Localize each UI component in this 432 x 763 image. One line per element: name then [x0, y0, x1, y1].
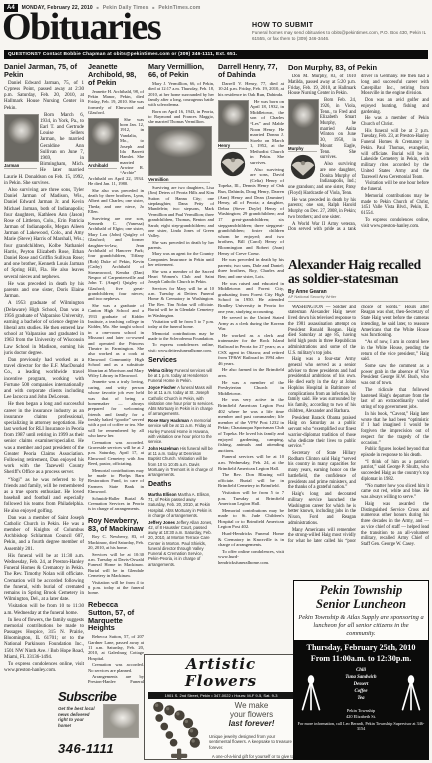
obit-title: Don Murphy, 83, of Pekin — [288, 63, 429, 72]
notice-item: Joyce Fischer A funeral Mass will be at … — [148, 385, 214, 417]
obit-body: Mary J. Vermillion, 66, of Pekin, died a… — [148, 81, 214, 353]
paragraph: Mary J. Vermillion, 66, of Pekin, died a… — [148, 81, 214, 108]
headline-line: your flowers — [230, 710, 273, 719]
paragraph: Schmidt-Haller Burial & Cremation Servic… — [88, 496, 144, 512]
how-to-submit-title: HOW TO SUBMIT — [252, 22, 426, 29]
paragraph: Haig was awarded the Distinguished Servi… — [361, 502, 429, 548]
paragraph: A 1953 graduate of Wilmington (Delaware)… — [4, 301, 84, 357]
paragraph: He was raised and educated in Middletown… — [218, 281, 284, 315]
paragraph: Don was an avid golfer and enjoyed hunti… — [361, 98, 429, 115]
paragraph: Funeral services will be at 10 a.m. Wedn… — [218, 454, 284, 471]
notice-name: Velma Gilroy — [148, 368, 175, 373]
paragraph: To express condolences online, visit www… — [361, 218, 429, 229]
photo-caption: Vermillion — [148, 176, 210, 183]
artistic-flowers-copy: We make your flowers last forever! Uniqu… — [209, 701, 294, 761]
notice-text: Jeffery Allan Jones, 42, of 8 Haussler C… — [148, 520, 212, 567]
article-headline: Alexander Haig recalled as soldier-state… — [288, 258, 429, 286]
luncheon-title-line: Senior Luncheon — [316, 597, 406, 611]
paragraph: Public figures looked beyond that episod… — [361, 447, 429, 458]
obit-title: Daniel Jarman, 75, of Pekin — [4, 63, 84, 79]
notice-item: John Hazelman His funeral will be at 11 … — [148, 446, 214, 478]
article-byline: By Anne Gearan AP National Security Writ… — [288, 289, 429, 302]
website-name: PekinTimes.com — [158, 5, 200, 11]
artistic-flowers-note-right: A one-of-a-kind gift for yourself or to … — [209, 754, 294, 760]
paragraph: He served in the United Stated Army as a… — [218, 315, 284, 332]
luncheon-subtitle: Pekin Township & Atlas Supply are sponso… — [298, 614, 424, 639]
paragraph: Services will be at 10:30 a.m. Tuesday a… — [88, 552, 144, 579]
obit-photo: Archibald — [88, 118, 117, 170]
paragraph: Services for Mary will be at 10 a.m. Tue… — [148, 286, 214, 318]
paragraph: He was preceded in death by his parents … — [4, 282, 84, 301]
artistic-flowers-note-left: Unique jewelry designed from your sentim… — [209, 734, 294, 750]
paragraph: “No matter how you sliced him it came ou… — [361, 484, 429, 501]
obituary-column-2: Jeanette Archibold, 98, of Pekin Jeanett… — [88, 63, 144, 683]
paragraph: Haig was a four-star Army general who se… — [288, 357, 356, 414]
luncheon-date: Thursday, February 25th, 2010 — [296, 643, 426, 653]
questions-bar: QUESTIONS? Contact Bobbie Chapman at obi… — [4, 50, 428, 59]
paragraph: Visitation will be one hour before the f… — [361, 181, 429, 192]
paragraph: Visitation will be from 5 to 7 p.m. toda… — [148, 319, 214, 330]
paragraph: He was preceded in death by his parents;… — [218, 257, 284, 279]
paragraph: Dan was a member of Saint Joseph Catholi… — [4, 516, 84, 553]
notice-name: Rose Mary Hackman — [148, 418, 190, 423]
artistic-flowers-ad: Artistic Flowers 1901 S. 2nd Street, Pek… — [144, 654, 298, 760]
paragraph: She was preceded in death by her parents… — [148, 240, 214, 251]
headline-line: We make — [235, 701, 269, 710]
paragraph: Visitation will be from 4 to 8 p.m. toda… — [88, 580, 144, 596]
paragraph: Secretary of State Hillary Rodham Clinto… — [288, 451, 356, 491]
obit-photo: Henry — [218, 100, 247, 178]
article-body: WASHINGTON — Soldier and statesman Alexa… — [288, 305, 429, 577]
subscribe-ad: Subscribe Get the best local news delive… — [57, 687, 140, 760]
artistic-flowers-body: We make your flowers last forever! Uniqu… — [148, 701, 294, 761]
photo-caption: Henry — [218, 142, 247, 149]
paragraph: Hurd-Hendricks Funeral Home & Crematory … — [218, 531, 284, 548]
obit-body: Jeanette H. Archibald, 98, of Pekin Mano… — [88, 89, 144, 512]
obit-body: Don M. Murphy, 83, of 1610 Matilda, pass… — [288, 74, 429, 252]
obit-title: Rebecca Sutton, 57, of Marquette Heights — [88, 601, 144, 633]
silverware-icon — [298, 672, 324, 716]
obit-photo: Vermillion — [148, 126, 210, 183]
paragraph: Memorial contributions may be made to Pe… — [361, 194, 429, 217]
paragraph: He was a member of Pekin Church of Chris… — [361, 116, 429, 127]
paragraph: Visitation will be from 10 to 11:30 a.m.… — [4, 604, 84, 616]
senior-luncheon-ad: Pekin Township Senior Luncheon Pekin Tow… — [293, 580, 429, 760]
paragraph: He was preceded in death by his parents;… — [288, 198, 356, 221]
artistic-flowers-headline: We make your flowers last forever! — [209, 701, 294, 729]
services-list: Velma Gilroy Funeral services will be at… — [148, 368, 214, 478]
paragraph: Jeanette was a truly loving, caring, and… — [88, 379, 144, 438]
subscribe-ad-photo — [103, 704, 139, 738]
headline-line: last forever! — [229, 719, 275, 728]
portrait-photo — [148, 126, 212, 176]
paragraph: President Barack Obama praised Haig on S… — [288, 416, 356, 450]
paragraph: Some saw the comment as a power grab in … — [361, 364, 429, 387]
paragraph: He then began a long and successful care… — [4, 402, 84, 476]
paragraph: His funeral will be at 2 p.m. Tuesday, F… — [361, 129, 429, 181]
luncheon-title: Pekin Township Senior Luncheon — [298, 584, 424, 612]
obit-body: Daniel Edward Jarman, 75, of 1 Cypress P… — [4, 81, 84, 675]
paragraph: She was a graduate of Canton High School… — [88, 303, 144, 378]
paragraph: Cremation was accorded. No services are … — [88, 662, 144, 673]
notice-name: John Hazelman — [148, 446, 180, 451]
paragraph: He also farmed in the Brimfield area. — [218, 367, 284, 378]
obit-body: Rebecca Sutton, 57, of 207 Gardner Lane,… — [88, 634, 144, 683]
obit-body: Roy C. Newberry, 83, of Mackinaw, died S… — [88, 534, 144, 595]
paragraph: His funeral will be at 11:30 a.m. Wednes… — [4, 554, 84, 604]
obit-body: Darrell V. Henry, 77, died at 10:24 p.m.… — [218, 81, 284, 566]
paragraph: Memorial contributions may be made to th… — [148, 331, 214, 342]
paragraph: In lieu of flowers, the family suggests … — [4, 618, 84, 661]
notice-name: Joyce Fischer — [148, 385, 177, 390]
obit-title: Darrell Henry, 77, of Dahinda — [218, 63, 284, 79]
newspaper-page: A4 MONDAY, February 22, 2010 ■ Pekin Dai… — [0, 0, 432, 763]
subscribe-ad-tagline: Get the best local news delivered right … — [58, 706, 96, 729]
paragraph: Darrell V. Henry, 77, died at 10:24 p.m.… — [218, 81, 284, 98]
artistic-flowers-address: 1901 S. 2nd Street, Pekin • 347-0022 • H… — [148, 692, 294, 699]
deaths-heading: Deaths — [148, 481, 214, 490]
paragraph: Haig's long and decorated military servi… — [288, 492, 356, 526]
paragraph: Visitation will be from 5 to 7 p.m. Tues… — [218, 490, 284, 507]
photo-caption: Jarman — [4, 162, 37, 169]
obit-title: Roy Newberry, 83, of Mackinaw — [88, 517, 144, 533]
paragraph: Mary was an agent for the Country Compan… — [148, 251, 214, 267]
obit-title: Mary Vermillion, 66, of Pekin — [148, 63, 214, 79]
paragraph: Daniel Edward Jarman, 75, of 1 Cypress P… — [4, 81, 84, 112]
photo-caption: Murphy — [288, 145, 317, 152]
paragraph: Memorial contributions may be made to Ph… — [88, 468, 144, 495]
photo-caption: Archibald — [88, 162, 117, 169]
luncheon-ad-header: Pekin Township Senior Luncheon Pekin Tow… — [294, 581, 428, 640]
portrait-photo — [4, 114, 39, 162]
military-eagle-emblem-icon — [220, 151, 246, 177]
paragraph: Also surviving are sons, David (Celia) H… — [218, 167, 284, 257]
how-to-submit-box: HOW TO SUBMIT Funeral homes may send obi… — [252, 22, 426, 41]
paragraph: Born on April 16, 1943, in Peoria, to Ra… — [148, 109, 214, 125]
portrait-photo — [88, 118, 119, 162]
paragraph: Memorial contributions may be made to St… — [218, 508, 284, 530]
notice-text: His funeral will be at 11 a.m. today at … — [148, 446, 213, 477]
paragraph: Arrangements are by Preston-Hanley Funer… — [88, 674, 144, 683]
luncheon-location-name: Pekin Township — [347, 708, 375, 713]
subscribe-ad-phone: 346-1111 — [58, 738, 139, 756]
notice-item: Martha Ellison Martha A. Ellison, 71, of… — [148, 492, 214, 518]
paragraph: Cremation was accorded. Graveside servic… — [88, 440, 144, 467]
paragraph: Roy C. Newberry, 83, of Mackinaw, died S… — [88, 534, 144, 550]
notice-item: Jeffery Jones Jeffery Allan Jones, 42, o… — [148, 520, 214, 567]
notice-item: Rose Mary Hackman A memorial service wil… — [148, 418, 214, 444]
luncheon-info: For more information, call Leo Berardi, … — [296, 721, 426, 732]
notice-name: Jeffery Jones — [148, 520, 176, 525]
paragraph: To express condolences online, visit: ww… — [148, 342, 214, 353]
portrait-photo — [288, 99, 319, 145]
paragraph: To offer online condolences, visit www.h… — [218, 549, 284, 566]
paragraph: The ridicule that followed hastened Haig… — [361, 388, 429, 411]
military-eagle-emblem-icon — [290, 154, 316, 180]
obit-photo: Murphy — [288, 99, 317, 181]
paragraph: Dan previously had worked as a travel di… — [4, 358, 84, 401]
artistic-flowers-title: Artistic Flowers — [148, 656, 294, 691]
paragraph: “I think of him as a patriot's patriot,”… — [361, 460, 429, 483]
deaths-list: Martha Ellison Martha A. Ellison, 71, of… — [148, 492, 214, 567]
paragraph: She also was preceded in death by three … — [88, 188, 144, 215]
luncheon-time: From 11:00a.m. to 12:30p.m. — [296, 654, 426, 664]
luncheon-location-address: 420 Elizabeth St. — [346, 714, 376, 719]
paragraph: Rebecca Sutton, 57, of 207 Gardner Lane,… — [88, 634, 144, 661]
paragraph: The Rev. Don Blazing will officiate. Bur… — [218, 472, 284, 489]
notice-name: Martha Ellison — [148, 492, 178, 497]
portrait-photo — [218, 100, 249, 142]
paragraph: “As of now, I am in control here in the … — [361, 340, 429, 363]
paragraph: In his book, “Caveat,” Haig later wrote … — [361, 412, 429, 446]
byline-role: AP National Security Writer — [288, 295, 429, 302]
luncheon-title-line: Pekin Township — [320, 583, 403, 597]
obit-photo: Jarman — [4, 114, 37, 170]
paragraph: Surviving are two daughters, Lisa (Jim) … — [148, 185, 214, 239]
bead-necklace-image — [148, 701, 206, 761]
paragraph: Also surviving are three sons, Tyler Dan… — [4, 188, 84, 281]
subscribe-ad-title: Subscribe — [58, 689, 139, 704]
paragraph: WASHINGTON — Soldier and statesman Alexa… — [288, 305, 356, 357]
right-region: Don Murphy, 83, of Pekin Don M. Murphy, … — [288, 63, 429, 577]
paragraph: “Yogi” as he was referred to by friends … — [4, 478, 84, 515]
notice-text: A funeral Mass will be at 11 a.m. today … — [148, 385, 214, 416]
paragraph: He was a member of the Presbyterian Chur… — [218, 380, 284, 397]
silverware-icon — [398, 672, 424, 716]
paragraph: Surviving are one son, Kenneth C. (Vanes… — [88, 216, 144, 302]
obituary-jarman: Daniel Jarman, 75, of Pekin Daniel Edwar… — [4, 63, 84, 762]
how-to-submit-text: Funeral homes may send obituaries to obi… — [252, 30, 426, 41]
paragraph: She was a member of the Sacred Heart Wom… — [148, 269, 214, 285]
services-heading: Services — [148, 357, 214, 366]
obituary-column-3: Mary Vermillion, 66, of Pekin Mary J. Ve… — [148, 63, 214, 651]
section-masthead: Obituaries — [2, 8, 160, 46]
obit-title: Jeanette Archibold, 98, of Pekin — [88, 63, 144, 87]
luncheon-ad-details: Thursday, February 25th, 2010 From 11:00… — [294, 640, 428, 759]
paragraph: To express condolences online, visit www… — [4, 662, 84, 674]
obituary-henry: Darrell Henry, 77, of Dahinda Darrell V.… — [218, 63, 284, 651]
notice-item: Velma Gilroy Funeral services will be at… — [148, 368, 214, 384]
paragraph: Jeanette H. Archibald, 98, of Pekin Mano… — [88, 89, 144, 116]
paragraph: He was very active in the Brimfield Amer… — [218, 397, 284, 453]
paragraph: He worked as a clerk and trainmaster for… — [218, 333, 284, 367]
paragraph: Don M. Murphy, 83, of 1610 Matilda, pass… — [288, 74, 356, 97]
